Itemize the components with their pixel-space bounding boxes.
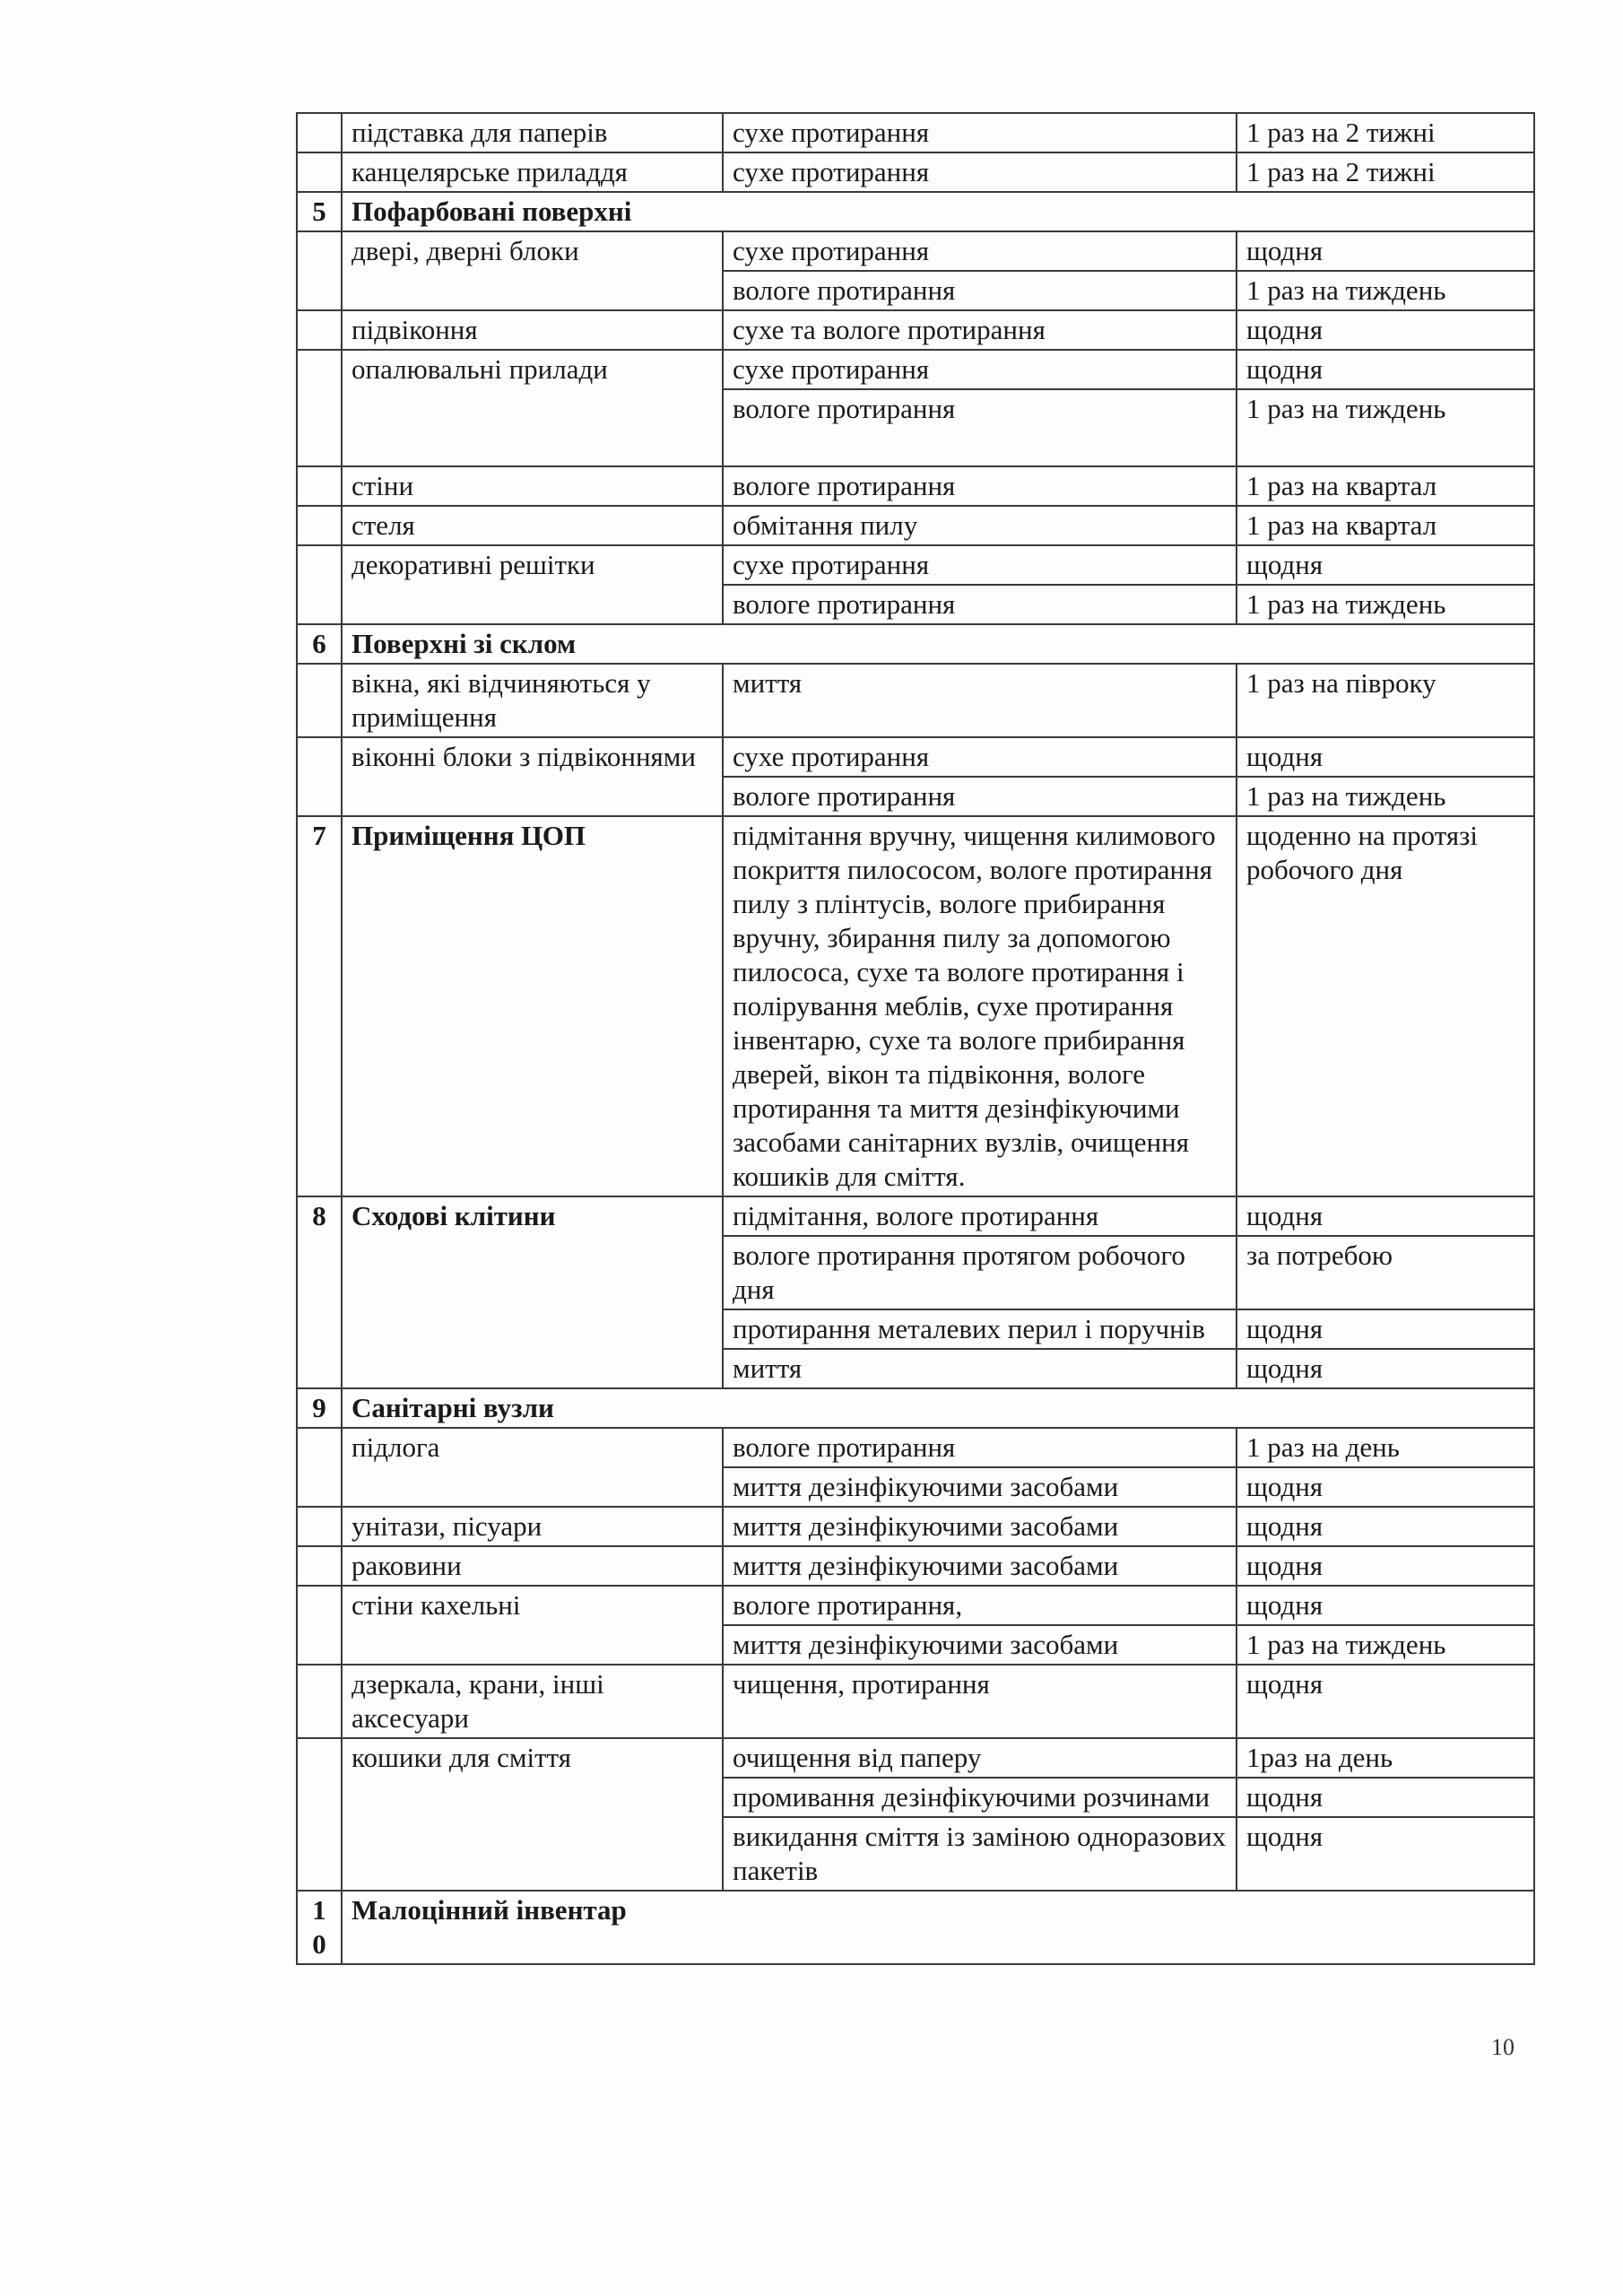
frequency-cell: щодня xyxy=(1237,1196,1534,1236)
table-row: стіни кахельнівологе протирання,щодня xyxy=(297,1586,1534,1625)
table-row: підставка для паперівсухе протирання1 ра… xyxy=(297,113,1534,152)
action-cell: миття дезінфікуючими засобами xyxy=(723,1507,1237,1546)
frequency-cell: щодня xyxy=(1237,231,1534,271)
section-title: Пофарбовані поверхні xyxy=(342,192,1534,231)
document-page: підставка для паперівсухе протирання1 ра… xyxy=(0,0,1623,2296)
action-cell: сухе протирання xyxy=(723,737,1237,777)
frequency-cell: щодня xyxy=(1237,1309,1534,1349)
number-cell xyxy=(297,350,342,466)
action-cell: протирання металевих перил і поручнів xyxy=(723,1309,1237,1349)
object-cell: підлога xyxy=(342,1428,723,1507)
action-cell: підмітання вручну, чищення килимового по… xyxy=(723,816,1237,1196)
action-cell: чищення, протирання xyxy=(723,1665,1237,1738)
number-cell xyxy=(297,152,342,192)
section-number: 10 xyxy=(297,1891,342,1964)
frequency-cell: щодня xyxy=(1237,545,1534,585)
action-cell: сухе протирання xyxy=(723,231,1237,271)
frequency-cell: щодня xyxy=(1237,1467,1534,1507)
number-cell xyxy=(297,1738,342,1891)
action-cell: сухе протирання xyxy=(723,545,1237,585)
section-number: 8 xyxy=(297,1196,342,1388)
object-cell: стіни xyxy=(342,466,723,506)
section-row: 6Поверхні зі склом xyxy=(297,624,1534,664)
table-row: підлогавологе протирання1 раз на день xyxy=(297,1428,1534,1467)
action-cell: викидання сміття із заміною одноразових … xyxy=(723,1817,1237,1891)
action-cell: вологе протирання xyxy=(723,585,1237,624)
table-row: стеляобмітання пилу1 раз на квартал xyxy=(297,506,1534,545)
action-cell: очищення від паперу xyxy=(723,1738,1237,1778)
action-cell: обмітання пилу xyxy=(723,506,1237,545)
section-number: 9 xyxy=(297,1388,342,1428)
action-cell: вологе протирання, xyxy=(723,1586,1237,1625)
number-cell xyxy=(297,113,342,152)
object-cell: віконні блоки з підвіконнями xyxy=(342,737,723,816)
frequency-cell: щодня xyxy=(1237,737,1534,777)
frequency-cell: 1 раз на тиждень xyxy=(1237,389,1534,466)
object-cell: декоративні решітки xyxy=(342,545,723,624)
section-title: Малоцінний інвентар xyxy=(342,1891,1534,1964)
section-title: Санітарні вузли xyxy=(342,1388,1534,1428)
number-cell xyxy=(297,545,342,624)
cleaning-schedule-table: підставка для паперівсухе протирання1 ра… xyxy=(296,112,1535,1965)
table-row: стінивологе протирання1 раз на квартал xyxy=(297,466,1534,506)
table-row: підвіконнясухе та вологе протираннящодня xyxy=(297,310,1534,350)
object-cell: раковини xyxy=(342,1546,723,1586)
frequency-cell: щодня xyxy=(1237,1507,1534,1546)
action-cell: миття xyxy=(723,1349,1237,1388)
action-cell: вологе протирання xyxy=(723,271,1237,310)
object-cell: стіни кахельні xyxy=(342,1586,723,1665)
action-cell: миття дезінфікуючими засобами xyxy=(723,1625,1237,1665)
frequency-cell: 1 раз на тиждень xyxy=(1237,1625,1534,1665)
frequency-cell: 1 раз на півроку xyxy=(1237,664,1534,737)
object-cell: підвіконня xyxy=(342,310,723,350)
object-cell: стеля xyxy=(342,506,723,545)
object-cell: вікна, які відчиняються у приміщення xyxy=(342,664,723,737)
section-number: 5 xyxy=(297,192,342,231)
action-cell: сухе протирання xyxy=(723,350,1237,389)
action-cell: вологе протирання протягом робочого дня xyxy=(723,1236,1237,1309)
object-cell: кошики для сміття xyxy=(342,1738,723,1891)
number-cell xyxy=(297,1546,342,1586)
action-cell: вологе протирання xyxy=(723,466,1237,506)
number-cell xyxy=(297,1428,342,1507)
action-cell: промивання дезінфікуючими розчинами xyxy=(723,1778,1237,1817)
table-row: унітази, пісуаримиття дезінфікуючими зас… xyxy=(297,1507,1534,1546)
frequency-cell: 1 раз на квартал xyxy=(1237,466,1534,506)
section-number: 7 xyxy=(297,816,342,1196)
frequency-cell: 1 раз на тиждень xyxy=(1237,271,1534,310)
table-row: двері, дверні блокисухе протираннящодня xyxy=(297,231,1534,271)
action-cell: підмітання, вологе протирання xyxy=(723,1196,1237,1236)
object-cell: унітази, пісуари xyxy=(342,1507,723,1546)
frequency-cell: 1 раз на 2 тижні xyxy=(1237,113,1534,152)
action-cell: миття дезінфікуючими засобами xyxy=(723,1467,1237,1507)
action-cell: миття xyxy=(723,664,1237,737)
frequency-cell: щодня xyxy=(1237,1349,1534,1388)
object-cell: підставка для паперів xyxy=(342,113,723,152)
frequency-cell: щодня xyxy=(1237,1665,1534,1738)
number-cell xyxy=(297,1586,342,1665)
section-title: Сходові клітини xyxy=(342,1196,723,1388)
frequency-cell: щодня xyxy=(1237,350,1534,389)
frequency-cell: щодня xyxy=(1237,310,1534,350)
section-row: 10Малоцінний інвентар xyxy=(297,1891,1534,1964)
number-cell xyxy=(297,466,342,506)
table-row: раковинимиття дезінфікуючими засобамищод… xyxy=(297,1546,1534,1586)
frequency-cell: за потребою xyxy=(1237,1236,1534,1309)
frequency-cell: 1 раз на тиждень xyxy=(1237,585,1534,624)
frequency-cell: щоденно на протязі робочого дня xyxy=(1237,816,1534,1196)
action-cell: сухе протирання xyxy=(723,152,1237,192)
action-cell: вологе протирання xyxy=(723,777,1237,816)
number-cell xyxy=(297,506,342,545)
object-cell: дзеркала, крани, інші аксесуари xyxy=(342,1665,723,1738)
frequency-cell: 1 раз на тиждень xyxy=(1237,777,1534,816)
object-cell: канцелярське приладдя xyxy=(342,152,723,192)
number-cell xyxy=(297,1507,342,1546)
object-cell: опалювальні прилади xyxy=(342,350,723,466)
object-cell: двері, дверні блоки xyxy=(342,231,723,310)
section-row: 5Пофарбовані поверхні xyxy=(297,192,1534,231)
frequency-cell: щодня xyxy=(1237,1586,1534,1625)
action-cell: сухе та вологе протирання xyxy=(723,310,1237,350)
schedule-table-body: підставка для паперівсухе протирання1 ра… xyxy=(297,113,1534,1964)
section-row: 8Сходові клітинипідмітання, вологе проти… xyxy=(297,1196,1534,1236)
page-number: 10 xyxy=(1491,2034,1515,2061)
frequency-cell: щодня xyxy=(1237,1546,1534,1586)
frequency-cell: щодня xyxy=(1237,1778,1534,1817)
section-row: 9Санітарні вузли xyxy=(297,1388,1534,1428)
frequency-cell: 1раз на день xyxy=(1237,1738,1534,1778)
table-row: кошики для сміттяочищення від паперу1раз… xyxy=(297,1738,1534,1778)
action-cell: вологе протирання xyxy=(723,1428,1237,1467)
number-cell xyxy=(297,1665,342,1738)
frequency-cell: 1 раз на день xyxy=(1237,1428,1534,1467)
table-row: опалювальні приладисухе протираннящодня xyxy=(297,350,1534,389)
number-cell xyxy=(297,231,342,310)
section-title: Приміщення ЦОП xyxy=(342,816,723,1196)
frequency-cell: 1 раз на 2 тижні xyxy=(1237,152,1534,192)
action-cell: миття дезінфікуючими засобами xyxy=(723,1546,1237,1586)
section-number: 6 xyxy=(297,624,342,664)
section-row: 7Приміщення ЦОПпідмітання вручну, чищенн… xyxy=(297,816,1534,1196)
action-cell: сухе протирання xyxy=(723,113,1237,152)
frequency-cell: щодня xyxy=(1237,1817,1534,1891)
table-row: декоративні решіткисухе протираннящодня xyxy=(297,545,1534,585)
table-row: віконні блоки з підвіконнямисухе протира… xyxy=(297,737,1534,777)
table-row: дзеркала, крани, інші аксесуаричищення, … xyxy=(297,1665,1534,1738)
table-row: вікна, які відчиняються у приміщеннямитт… xyxy=(297,664,1534,737)
table-row: канцелярське приладдясухе протирання1 ра… xyxy=(297,152,1534,192)
frequency-cell: 1 раз на квартал xyxy=(1237,506,1534,545)
number-cell xyxy=(297,310,342,350)
section-title: Поверхні зі склом xyxy=(342,624,1534,664)
number-cell xyxy=(297,664,342,737)
action-cell: вологе протирання xyxy=(723,389,1237,466)
number-cell xyxy=(297,737,342,816)
